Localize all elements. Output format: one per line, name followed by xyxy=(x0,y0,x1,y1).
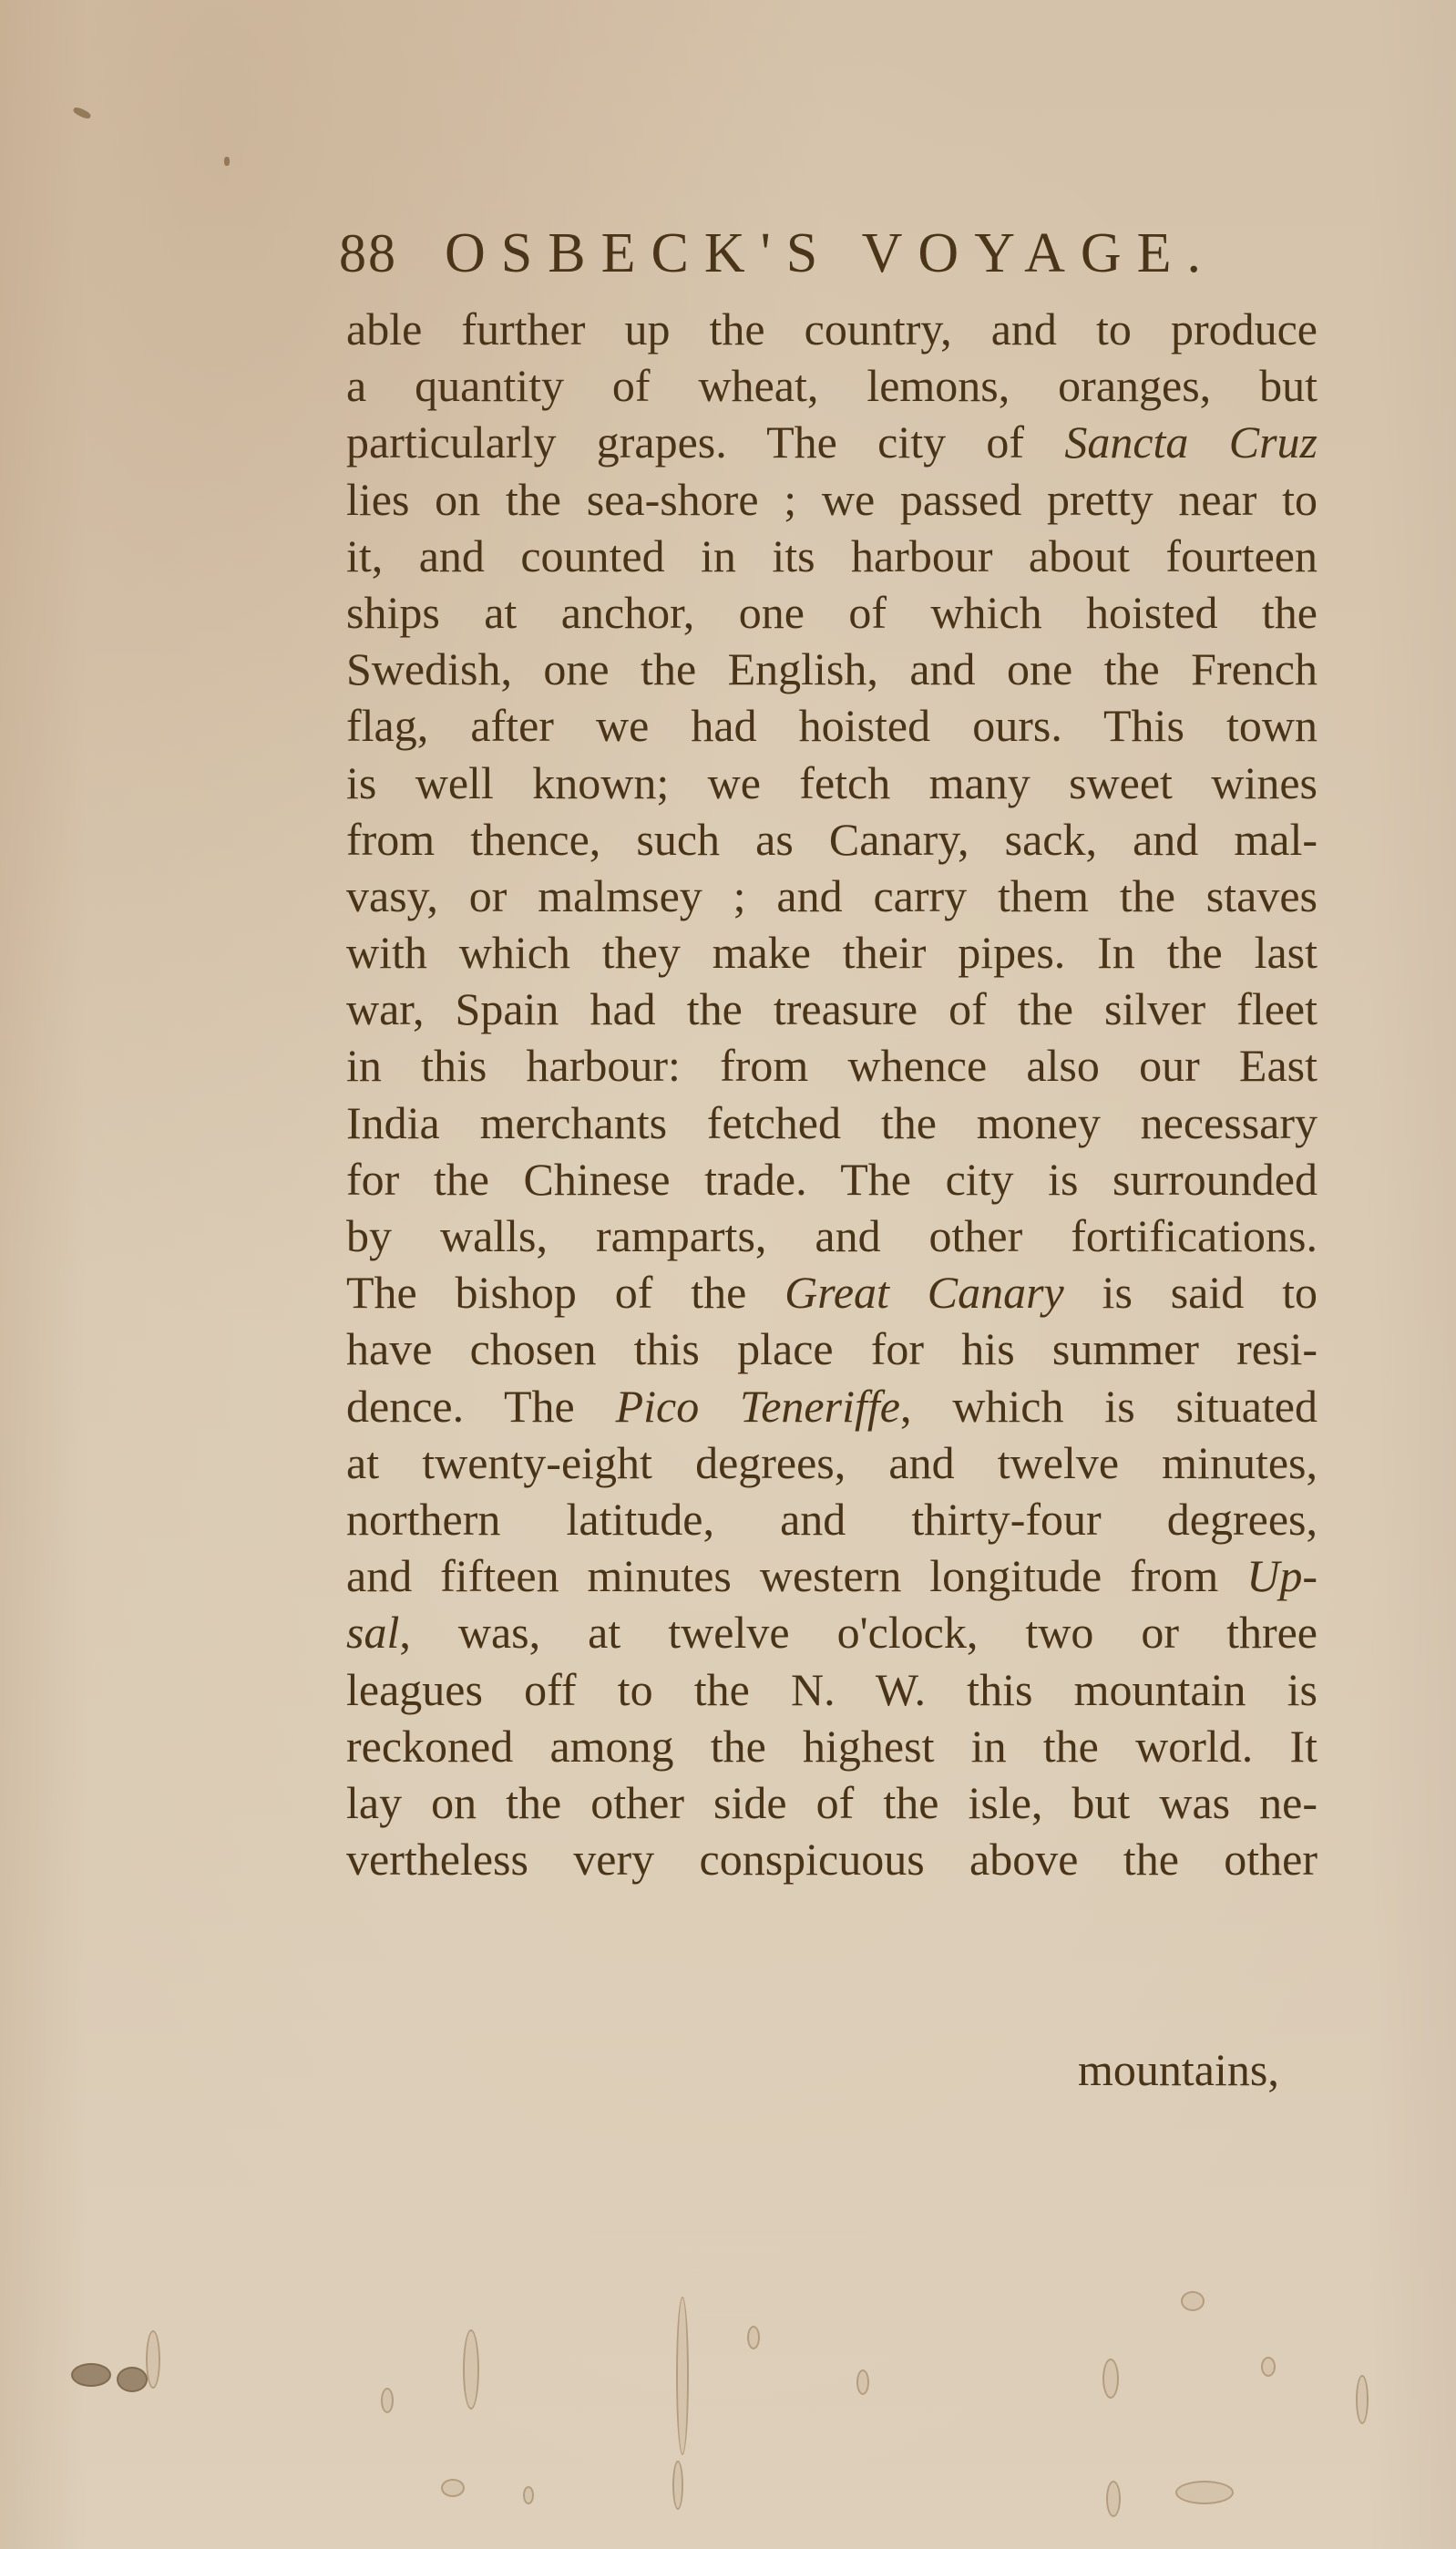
text-line: leagues off to the N. W. this mountain i… xyxy=(346,1661,1318,1718)
text-line: is well known; we fetch many sweet wines xyxy=(346,755,1318,811)
text-line: particularly grapes. The city of Sancta … xyxy=(346,414,1318,470)
line-text: a quantity of wheat, lemons, oranges, bu… xyxy=(346,360,1318,411)
text-line: Swedish, one the English, and one the Fr… xyxy=(346,641,1318,697)
paper-stain xyxy=(523,2486,534,2504)
paper-stain xyxy=(856,2369,869,2395)
text-line: dence. The Pico Teneriffe, which is situ… xyxy=(346,1378,1318,1434)
text-line: The bishop of the Great Canary is said t… xyxy=(346,1264,1318,1321)
text-line: India merchants fetched the money necess… xyxy=(346,1095,1318,1151)
paper-stain xyxy=(1261,2357,1276,2377)
text-line: ships at anchor, one of which hoisted th… xyxy=(346,584,1318,641)
paper-stain xyxy=(1181,2291,1205,2311)
italic-text: Great Canary xyxy=(784,1267,1064,1318)
body-text: able further up the country, and to prod… xyxy=(346,301,1318,1887)
italic-text: Up- xyxy=(1246,1550,1318,1601)
text-line: from thence, such as Canary, sack, and m… xyxy=(346,811,1318,868)
line-text: with which they make their pipes. In the… xyxy=(346,927,1318,978)
line-text: have chosen this place for his summer re… xyxy=(346,1323,1318,1374)
catchword: mountains, xyxy=(1078,2041,1279,2098)
line-text: dence. The xyxy=(346,1381,616,1432)
line-text: leagues off to the N. W. this mountain i… xyxy=(346,1664,1318,1715)
line-text: India merchants fetched the money necess… xyxy=(346,1097,1318,1148)
paper-stain xyxy=(1356,2375,1369,2424)
line-text: is well known; we fetch many sweet wines xyxy=(346,757,1318,808)
line-text: reckoned among the highest in the world.… xyxy=(346,1721,1318,1772)
paper-stain xyxy=(463,2329,479,2410)
text-line: lies on the sea-shore ; we passed pretty… xyxy=(346,471,1318,528)
paper-stain xyxy=(747,2326,760,2349)
text-line: vertheless very conspicuous above the ot… xyxy=(346,1831,1318,1887)
paper-stain xyxy=(1175,2481,1234,2504)
italic-text: Sancta Cruz xyxy=(1064,416,1318,468)
line-text: in this harbour: from whence also our Ea… xyxy=(346,1040,1318,1091)
text-line: at twenty-eight degrees, and twelve minu… xyxy=(346,1434,1318,1491)
paper-stain xyxy=(1106,2481,1121,2517)
line-text: northern latitude, and thirty-four degre… xyxy=(346,1494,1318,1545)
line-text: ships at anchor, one of which hoisted th… xyxy=(346,587,1318,638)
line-text: war, Spain had the treasure of the silve… xyxy=(346,983,1318,1034)
text-line: war, Spain had the treasure of the silve… xyxy=(346,981,1318,1037)
line-text: by walls, ramparts, and other fortificat… xyxy=(346,1210,1318,1261)
line-text: , was, at twelve o'clock, two or three xyxy=(399,1607,1318,1658)
line-text: for the Chinese trade. The city is surro… xyxy=(346,1154,1318,1205)
ink-speck xyxy=(224,157,230,166)
text-line: for the Chinese trade. The city is surro… xyxy=(346,1151,1318,1208)
running-title: OSBECK'S VOYAGE. xyxy=(445,217,1216,290)
line-text: and fifteen minutes western longitude fr… xyxy=(346,1550,1246,1601)
text-line: reckoned among the highest in the world.… xyxy=(346,1718,1318,1774)
text-line: lay on the other side of the isle, but w… xyxy=(346,1774,1318,1831)
text-line: in this harbour: from whence also our Ea… xyxy=(346,1037,1318,1094)
line-text: vertheless very conspicuous above the ot… xyxy=(346,1834,1318,1885)
line-text: lies on the sea-shore ; we passed pretty… xyxy=(346,474,1318,525)
paper-stain xyxy=(71,2363,111,2387)
line-text: from thence, such as Canary, sack, and m… xyxy=(346,814,1318,865)
line-text: lay on the other side of the isle, but w… xyxy=(346,1777,1318,1828)
text-line: northern latitude, and thirty-four degre… xyxy=(346,1491,1318,1547)
ink-speck xyxy=(72,106,92,120)
text-line: vasy, or malmsey ; and carry them the st… xyxy=(346,868,1318,924)
text-line: it, and counted in its harbour about fou… xyxy=(346,528,1318,584)
line-text: The bishop of the xyxy=(346,1267,784,1318)
line-text: able further up the country, and to prod… xyxy=(346,303,1318,355)
book-page: 88 OSBECK'S VOYAGE. able further up the … xyxy=(0,0,1456,2549)
italic-text: Pico Teneriffe xyxy=(616,1381,900,1432)
page-number: 88 xyxy=(339,217,397,290)
text-line: with which they make their pipes. In the… xyxy=(346,924,1318,981)
line-text: particularly grapes. The city of xyxy=(346,416,1064,468)
paper-stain xyxy=(672,2461,683,2510)
paper-stain xyxy=(676,2297,689,2455)
italic-text: sal xyxy=(346,1607,399,1658)
paper-stain xyxy=(117,2367,148,2392)
line-text: vasy, or malmsey ; and carry them the st… xyxy=(346,870,1318,921)
paper-stain xyxy=(1102,2359,1119,2399)
line-text: flag, after we had hoisted ours. This to… xyxy=(346,700,1318,751)
paper-stain xyxy=(146,2330,160,2389)
text-line: flag, after we had hoisted ours. This to… xyxy=(346,697,1318,754)
line-text: is said to xyxy=(1064,1267,1318,1318)
line-text: it, and counted in its harbour about fou… xyxy=(346,530,1318,581)
paper-stain xyxy=(381,2388,394,2413)
text-line: sal, was, at twelve o'clock, two or thre… xyxy=(346,1604,1318,1660)
text-line: able further up the country, and to prod… xyxy=(346,301,1318,357)
text-line: have chosen this place for his summer re… xyxy=(346,1321,1318,1377)
text-line: and fifteen minutes western longitude fr… xyxy=(346,1547,1318,1604)
paper-stain xyxy=(441,2479,465,2497)
line-text: , which is situated xyxy=(900,1381,1318,1432)
text-line: by walls, ramparts, and other fortificat… xyxy=(346,1208,1318,1264)
line-text: at twenty-eight degrees, and twelve minu… xyxy=(346,1437,1318,1488)
line-text: Swedish, one the English, and one the Fr… xyxy=(346,643,1318,694)
running-head: 88 OSBECK'S VOYAGE. xyxy=(339,217,1341,290)
text-line: a quantity of wheat, lemons, oranges, bu… xyxy=(346,357,1318,414)
